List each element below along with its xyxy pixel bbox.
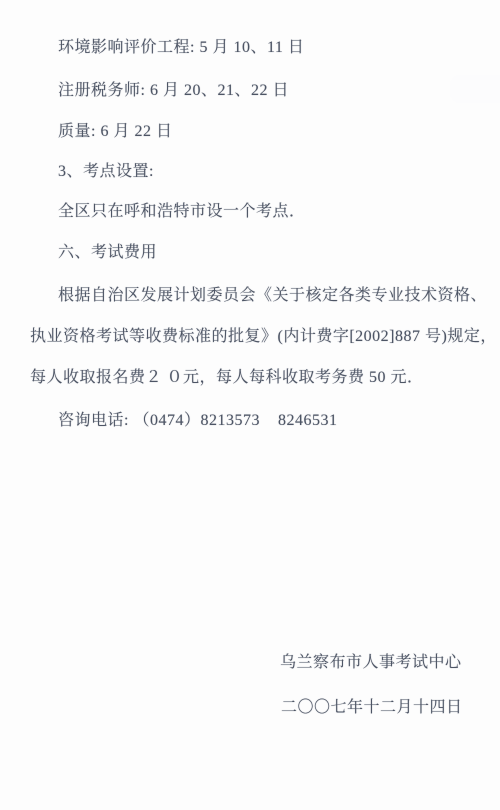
doc-line-section-exam-fees-heading: 六、考试费用 xyxy=(58,244,157,262)
doc-line-exam-schedule-environmental: 环境影响评价工程: 5 月 10、11 日 xyxy=(58,39,304,57)
doc-line-contact-phone: 咨询电话: （0474）8213573 8246531 xyxy=(58,412,337,430)
doc-line-exam-schedule-tax-agent: 注册税务师: 6 月 20、21、22 日 xyxy=(58,82,289,100)
doc-line-fees-paragraph-1: 根据自治区发展计划委员会《关于核定各类专业技术资格、 xyxy=(58,287,487,305)
signature-date: 二〇〇七年十二月十四日 xyxy=(281,699,463,717)
doc-line-exam-schedule-quality: 质量: 6 月 22 日 xyxy=(58,123,172,141)
doc-line-fees-paragraph-2: 执业资格考试等收费标准的批复》(内计费字[2002]887 号)规定， xyxy=(30,328,497,346)
doc-line-section-exam-site-heading: 3、考点设置: xyxy=(58,163,154,181)
doc-line-exam-site-detail: 全区只在呼和浩特市设一个考点． xyxy=(58,203,306,221)
scanned-document-page: 环境影响评价工程: 5 月 10、11 日 注册税务师: 6 月 20、21、2… xyxy=(0,0,500,810)
scan-artifact xyxy=(450,75,500,103)
signature-organization: 乌兰察布市人事考试中心 xyxy=(280,654,462,672)
doc-line-fees-paragraph-3: 每人收取报名费２ ０元，每人每科收取考务费 50 元． xyxy=(30,369,424,387)
